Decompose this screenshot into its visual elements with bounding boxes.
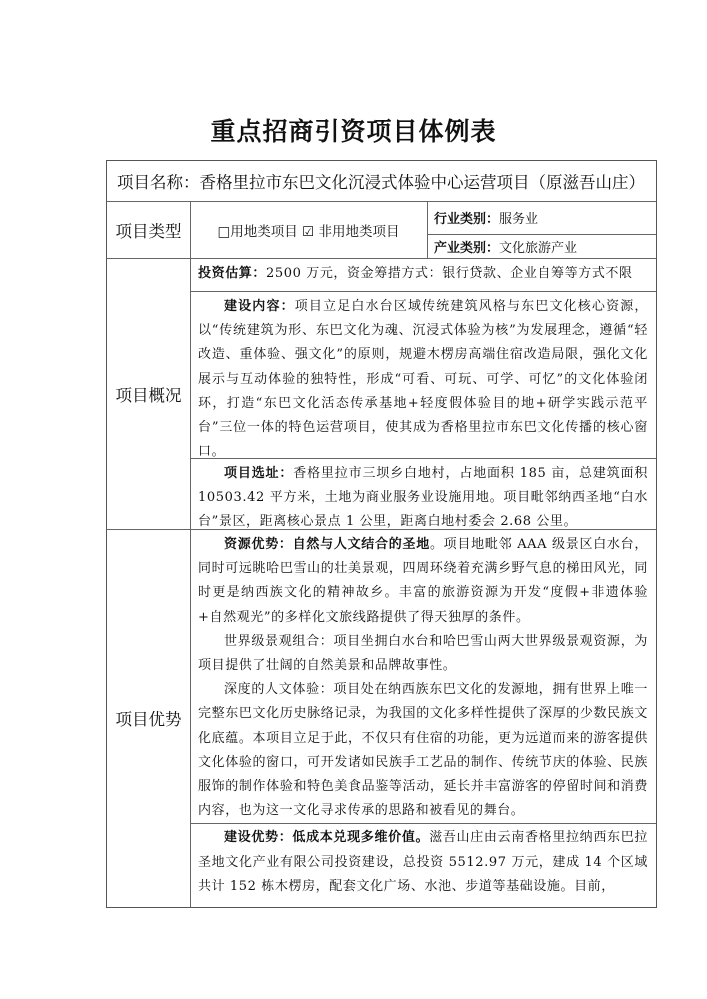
investment-value: 2500 万元，资金筹措方式：银行贷款、企业自筹等方式不限 [266,266,633,281]
construction-value: 项目立足白水台区域传统建筑风格与东巴文化核心资源，以“传统建筑为形、东巴文化为魂… [198,299,648,459]
overview-label: 项目概况 [107,258,190,529]
resource-label: 资源优势：自然与人文结合的圣地 [224,537,430,552]
project-name-row: 项目名称：香格里拉市东巴文化沉浸式体验中心运营项目（原滋吾山庄） [107,161,656,201]
construction-content: 建设内容：项目立足白水台区域传统建筑风格与东巴文化核心资源，以“传统建筑为形、东… [190,291,656,458]
site-label: 项目选址： [224,466,293,481]
document-title: 重点招商引资项目体例表 [0,112,707,148]
project-name-value: 香格里拉市东巴文化沉浸式体验中心运营项目（原滋吾山庄） [200,169,646,193]
project-type-label: 项目类型 [107,201,190,258]
project-type-choices: □用地类项目 ☑ 非用地类项目 [190,201,427,258]
industry-label: 行业类别： [434,208,499,227]
culture-advantage: 深度的人文体验：项目处在纳西族东巴文化的发源地，拥有世界上唯一完整东巴文化历史脉… [198,678,648,823]
project-name-label: 项目名称： [117,169,200,193]
project-site: 项目选址：香格里拉市三坝乡白地村，占地面积 185 亩，总建筑面积 10503.… [190,458,656,529]
construction-adv-label: 建设优势：低成本兑现多维价值。 [224,830,429,845]
construction-label: 建设内容： [224,299,295,314]
landscape-advantage: 世界级景观组合：项目坐拥白水台和哈巴雪山两大世界级景观资源，为项目提供了壮阔的自… [198,630,648,678]
advantages-content: 资源优势：自然与人文结合的圣地。项目地毗邻 AAA 级景区白水台，同时可远眺哈巴… [190,529,656,907]
investment-label: 投资估算： [198,266,266,281]
project-table: 项目名称：香格里拉市东巴文化沉浸式体验中心运营项目（原滋吾山庄） 项目类型 □用… [106,160,657,908]
investment-estimate: 投资估算：2500 万元，资金筹措方式：银行贷款、企业自筹等方式不限 [190,258,656,291]
sector-category: 产业类别：文化旅游产业 [427,234,656,258]
industry-category: 行业类别：服务业 [427,201,656,234]
construction-advantage: 建设优势：低成本兑现多维价值。滋吾山庄由云南香格里拉纳西东巴拉圣地文化产业有限公… [190,823,656,899]
industry-value: 服务业 [499,208,538,227]
advantages-label: 项目优势 [107,529,190,907]
sector-label: 产业类别： [434,237,499,256]
resource-advantage: 资源优势：自然与人文结合的圣地。项目地毗邻 AAA 级景区白水台，同时可远眺哈巴… [198,533,648,630]
sector-value: 文化旅游产业 [499,237,577,256]
